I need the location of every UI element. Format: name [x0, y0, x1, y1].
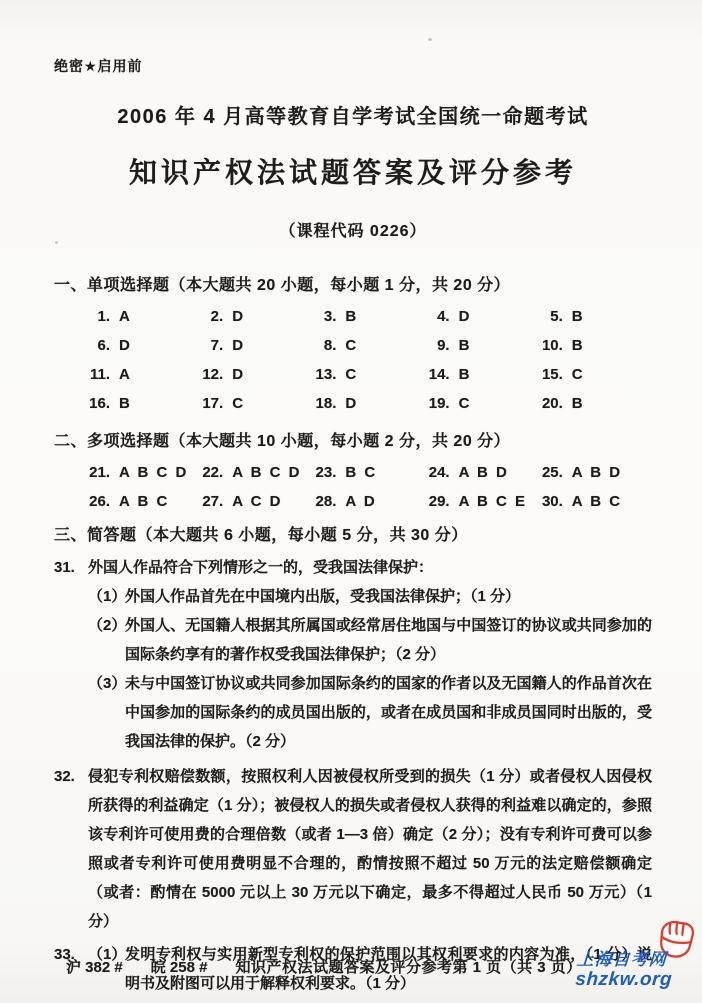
answer-item: 6.D — [80, 336, 193, 355]
answer-item: 24.A B D — [420, 463, 533, 482]
answer-item: 5.B — [533, 307, 646, 326]
point-marker: （1） — [88, 582, 125, 611]
answer-item: 26.A B C — [80, 492, 193, 511]
question-31-intro: 外国人作品符合下列情形之一的，受我国法律保护： — [88, 553, 652, 582]
section3-heading: 三、简答题（本大题共 6 小题，每小题 5 分，共 30 分） — [54, 522, 652, 545]
multi-choice-answers-grid: 21.A B C D22.A B C D23.B C24.A B D25.A B… — [80, 463, 646, 511]
answer-item: 2.D — [193, 307, 306, 326]
answer-item: 8.C — [306, 336, 419, 355]
answer-item: 4.D — [420, 307, 533, 326]
answer-item: 7.D — [193, 336, 306, 355]
course-code: （课程代码 0226） — [54, 218, 652, 241]
answer-item: 30.A B C — [533, 492, 646, 511]
page-title: 知识产权法试题答案及评分参考 — [54, 151, 652, 191]
answer-item: 22.A B C D — [193, 463, 306, 482]
question-31: 31. 外国人作品符合下列情形之一的，受我国法律保护： （1） 外国人作品首先在… — [54, 553, 652, 756]
answer-item: 12.D — [193, 365, 306, 384]
answer-item: 25.A B D — [533, 463, 646, 482]
scanned-answer-sheet-page: 绝密★启用前 2006 年 4 月高等教育自学考试全国统一命题考试 知识产权法试… — [0, 0, 702, 1003]
page-footer: 沪 382 # 皖 258 # 知识产权法试题答案及评分参考第 1 页（共 3 … — [66, 956, 582, 977]
answer-item: 1.A — [80, 307, 193, 326]
point-text: 外国人、无国籍人根据其所属国或经常居住地国与中国签订的协议或共同参加的国际条约享… — [125, 611, 652, 669]
single-choice-answers-grid: 1.A2.D3.B4.D5.B6.D7.D8.C9.B10.B11.A12.D1… — [80, 307, 646, 413]
section1-heading: 一、单项选择题（本大题共 20 小题，每小题 1 分，共 20 分） — [54, 272, 652, 295]
scan-speck — [55, 241, 58, 244]
point-marker: （2） — [88, 611, 125, 669]
page-info: 知识产权法试题答案及评分参考第 1 页（共 3 页） — [235, 956, 581, 977]
watermark-site-url: shzkw.org — [575, 970, 673, 991]
watermark-site-name: 上海自考网 — [576, 951, 674, 970]
classification-label: 绝密★启用前 — [54, 56, 652, 76]
question-32: 32. 侵犯专利权赔偿数额，按照权利人因被侵权所受到的损失（1 分）或者侵权人因… — [54, 762, 652, 936]
answer-item: 28.A D — [306, 492, 419, 511]
answer-point: （1） 外国人作品首先在中国境内出版，受我国法律保护；（1 分） — [88, 582, 652, 611]
paper-code-right: 皖 258 # — [151, 956, 208, 977]
point-marker: （3） — [88, 669, 125, 756]
answer-item: 11.A — [80, 365, 193, 384]
answer-point: （3） 未与中国签订协议或共同参加国际条约的国家的作者以及无国籍人的作品首次在中… — [88, 669, 652, 756]
question-number: 32. — [54, 762, 88, 936]
point-text: 外国人作品首先在中国境内出版，受我国法律保护；（1 分） — [125, 582, 652, 611]
answer-text: 侵犯专利权赔偿数额，按照权利人因被侵权所受到的损失（1 分）或者侵权人因侵权所获… — [88, 762, 652, 936]
answer-item: 18.D — [306, 394, 419, 413]
answer-item: 10.B — [533, 336, 646, 355]
answer-item: 14.B — [420, 365, 533, 384]
exam-session-title: 2006 年 4 月高等教育自学考试全国统一命题考试 — [54, 100, 652, 129]
answer-item: 29.A B C E — [420, 492, 533, 511]
paper-code-left: 沪 382 # — [66, 956, 123, 977]
answer-item: 27.A C D — [193, 492, 306, 511]
answer-item: 15.C — [533, 365, 646, 384]
answer-item: 21.A B C D — [80, 463, 193, 482]
answer-item: 19.C — [420, 394, 533, 413]
site-watermark: 上海自考网 shzkw.org — [568, 927, 696, 993]
point-text: 未与中国签订协议或共同参加国际条约的国家的作者以及无国籍人的作品首次在中国参加的… — [125, 669, 652, 756]
scan-speck — [428, 38, 432, 41]
answer-item: 20.B — [533, 394, 646, 413]
question-number: 31. — [54, 553, 88, 756]
answer-item: 9.B — [420, 336, 533, 355]
answer-item: 17.C — [193, 394, 306, 413]
answer-item: 3.B — [306, 307, 419, 326]
answer-item: 16.B — [80, 394, 193, 413]
answer-point: （2） 外国人、无国籍人根据其所属国或经常居住地国与中国签订的协议或共同参加的国… — [88, 611, 652, 669]
section2-heading: 二、多项选择题（本大题共 10 小题，每小题 2 分，共 20 分） — [54, 428, 652, 451]
answer-item: 23.B C — [306, 463, 419, 482]
answer-item: 13.C — [306, 365, 419, 384]
